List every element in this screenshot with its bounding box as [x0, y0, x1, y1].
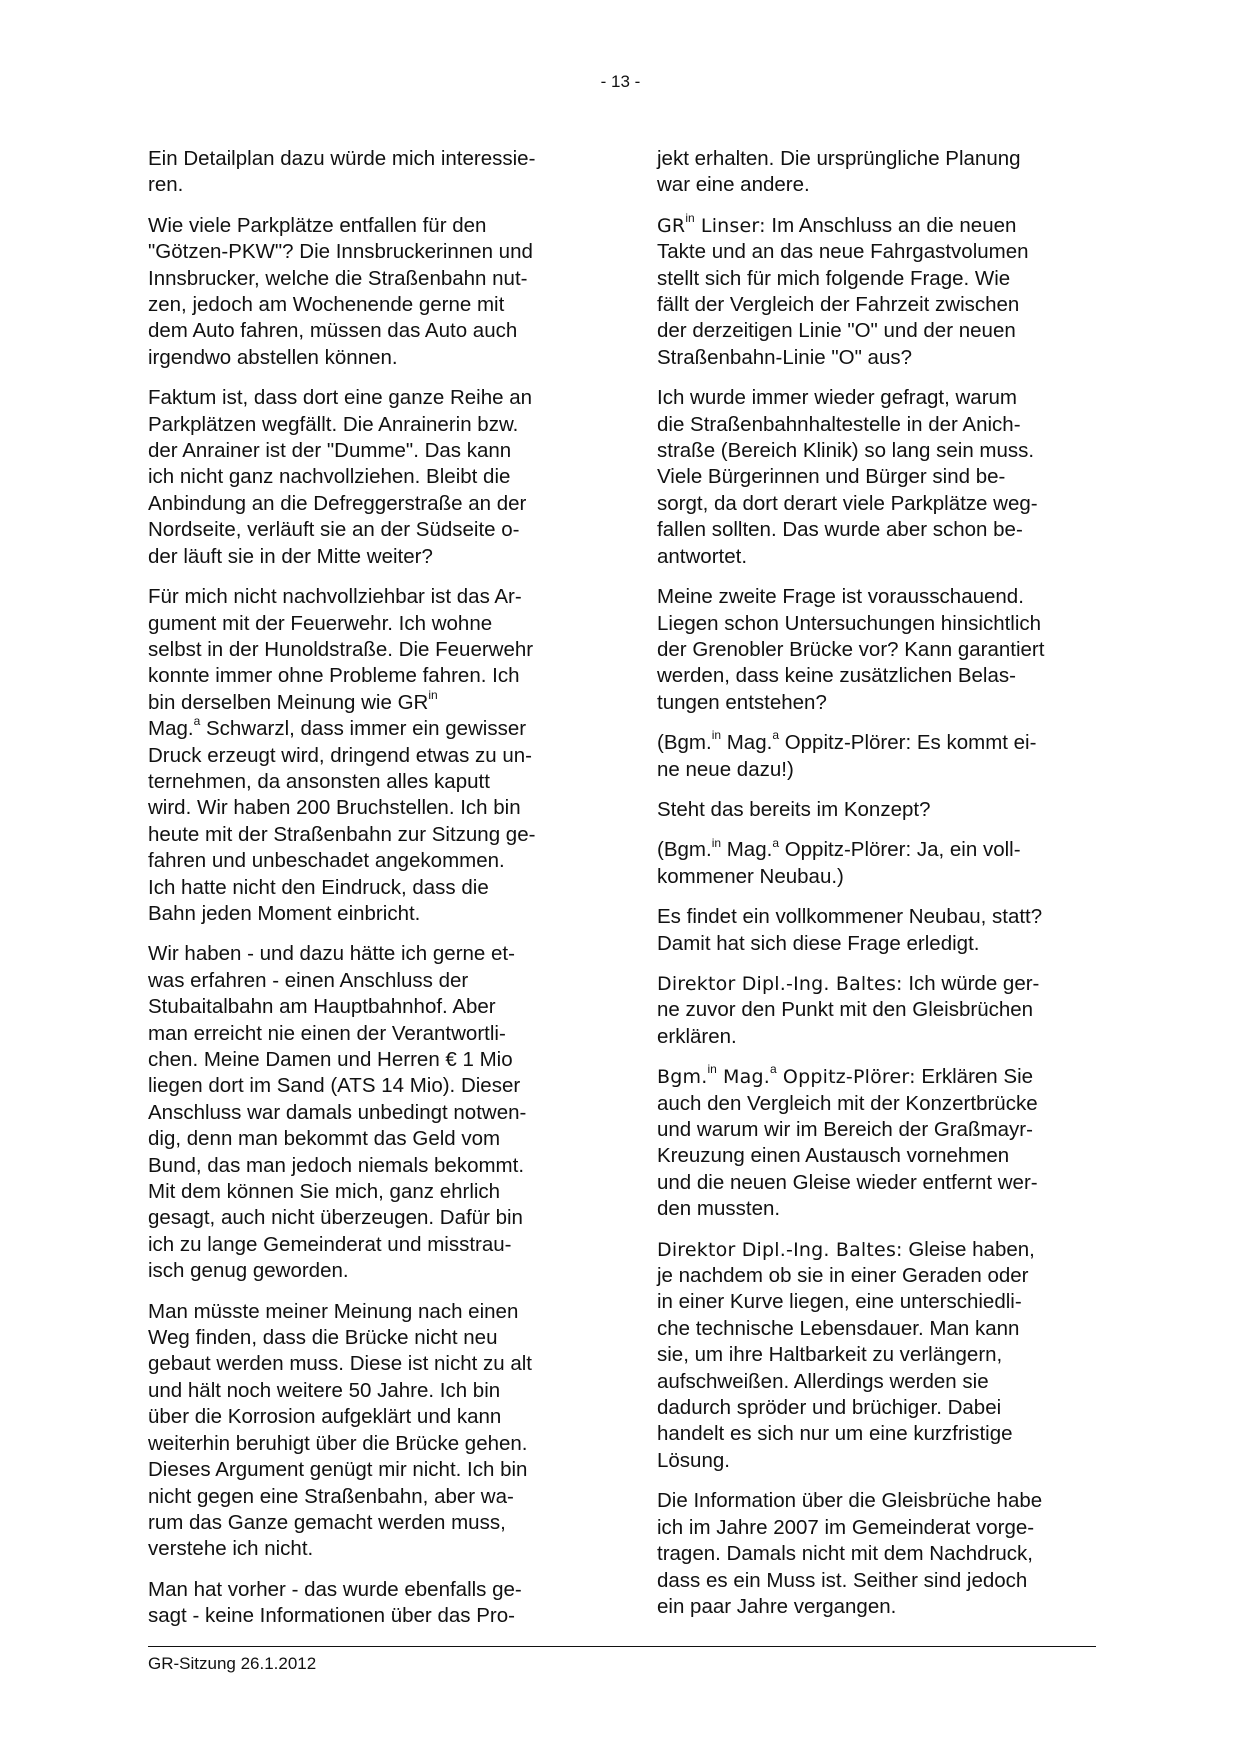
- superscript: in: [428, 688, 437, 702]
- speaker-name: Bgm.: [657, 1066, 707, 1088]
- footer-divider: [148, 1646, 1096, 1647]
- paragraph: Meine zweite Frage ist vorausschauend. L…: [657, 584, 1097, 716]
- speaker-title: GR: [657, 215, 685, 237]
- paragraph: Faktum ist, dass dort eine ganze Reihe a…: [148, 385, 588, 570]
- text-segment: Schwarzl, dass immer ein gewisser Druck …: [148, 717, 535, 925]
- page-number: - 13 -: [0, 72, 1241, 92]
- paragraph: jekt erhalten. Die ursprüngliche Planung…: [657, 146, 1097, 199]
- paragraph: Steht das bereits im Konzept?: [657, 797, 1097, 823]
- text-segment: Für mich nicht nachvollziehbar ist das A…: [148, 585, 533, 714]
- right-column: jekt erhalten. Die ursprüngliche Planung…: [657, 146, 1097, 1634]
- paragraph: Ich wurde immer wieder gefragt, warum di…: [657, 385, 1097, 570]
- superscript: in: [707, 1062, 716, 1076]
- text-segment: (Bgm.: [657, 731, 712, 754]
- text-segment: (Bgm.: [657, 838, 712, 861]
- paragraph: Ein Detailplan dazu würde mich interessi…: [148, 146, 588, 199]
- paragraph-interjection: (Bgm.in Mag.a Oppitz-Plörer: Ja, ein vol…: [657, 837, 1097, 890]
- superscript: in: [712, 728, 721, 742]
- paragraph-linser: GRin Linser: Im Anschluss an die neuen T…: [657, 213, 1097, 371]
- text-segment: Gleise haben, je nachdem ob sie in einer…: [657, 1238, 1035, 1472]
- paragraph: Man hat vorher - das wurde ebenfalls ge-…: [148, 1577, 588, 1630]
- text-segment: Mag.: [721, 731, 772, 754]
- paragraph: Wie viele Parkplätze entfallen für den "…: [148, 213, 588, 371]
- superscript: a: [772, 836, 779, 850]
- footer-text: GR-Sitzung 26.1.2012: [148, 1654, 316, 1674]
- paragraph: Man müsste meiner Meinung nach einen Weg…: [148, 1299, 588, 1563]
- paragraph-oppitz: Bgm.in Mag.a Oppitz-Plörer: Erklären Sie…: [657, 1064, 1097, 1222]
- paragraph-baltes: Direktor Dipl.-Ing. Baltes: Ich würde ge…: [657, 971, 1097, 1050]
- left-column: Ein Detailplan dazu würde mich interessi…: [148, 146, 588, 1644]
- paragraph-feuerwehr: Für mich nicht nachvollziehbar ist das A…: [148, 584, 588, 927]
- speaker-name: Direktor Dipl.-Ing. Baltes:: [657, 1239, 903, 1261]
- superscript: in: [685, 211, 694, 225]
- paragraph-baltes: Direktor Dipl.-Ing. Baltes: Gleise haben…: [657, 1237, 1097, 1475]
- paragraph: Die Information über die Gleisbrüche hab…: [657, 1488, 1097, 1620]
- text-segment: Mag.: [721, 838, 772, 861]
- superscript: a: [194, 714, 201, 728]
- speaker-name: Mag.: [717, 1066, 770, 1088]
- paragraph-interjection: (Bgm.in Mag.a Oppitz-Plörer: Es kommt ei…: [657, 730, 1097, 783]
- text-segment: Mag.: [148, 717, 194, 740]
- paragraph: Es findet ein vollkommener Neubau, statt…: [657, 904, 1097, 957]
- speaker-name: Oppitz-Plörer:: [777, 1066, 916, 1088]
- superscript: in: [712, 836, 721, 850]
- paragraph: Wir haben - und dazu hätte ich gerne et-…: [148, 941, 588, 1284]
- text-segment: Im Anschluss an die neuen Takte und an d…: [657, 214, 1029, 369]
- text-segment: Erklären Sie auch den Vergleich mit der …: [657, 1065, 1038, 1220]
- speaker-name: Direktor Dipl.-Ing. Baltes:: [657, 973, 903, 995]
- superscript: a: [772, 728, 779, 742]
- superscript: a: [770, 1062, 777, 1076]
- speaker-name: Linser:: [695, 215, 766, 237]
